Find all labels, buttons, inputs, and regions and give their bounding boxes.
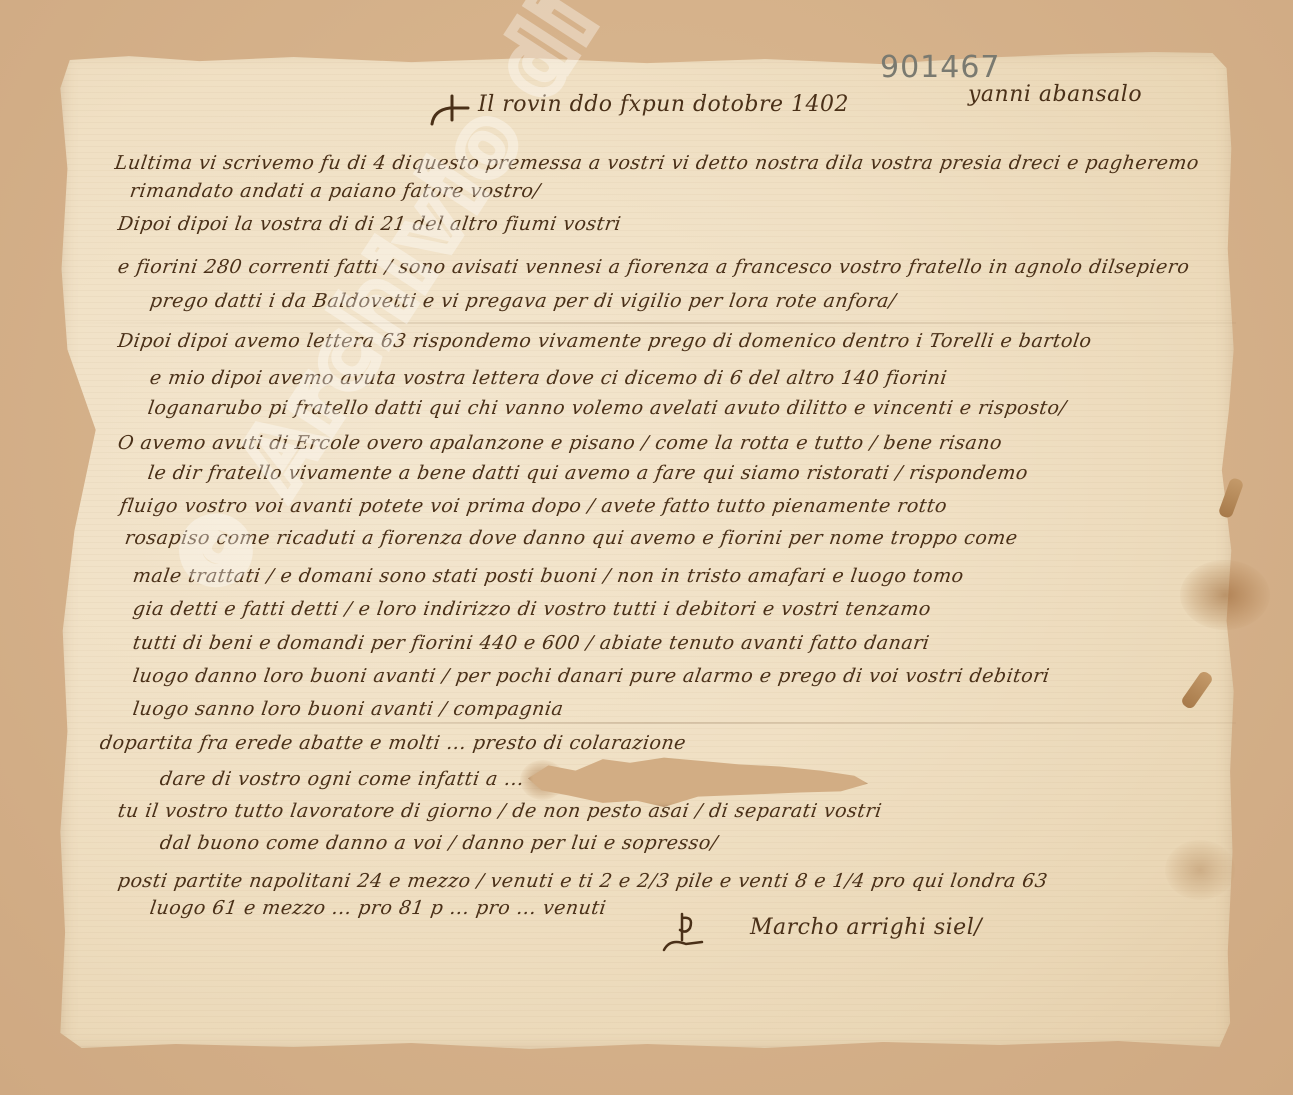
text-line: posti partite napolitani 24 e mezzo / ve… (116, 870, 1049, 892)
text-line: Dipoi dipoi avemo lettera 63 rispondemo … (116, 330, 1093, 352)
text-line: dare di vostro ogni come infatti a ... (158, 768, 525, 790)
text-line: e fiorini 280 correnti fatti / sono avis… (116, 256, 1190, 278)
archive-number: 901467 (880, 50, 1001, 85)
text-line: luogo sanno loro buoni avanti / compagni… (131, 698, 564, 720)
edge-stain (1165, 840, 1235, 900)
address-line: yanni abansalo (968, 82, 1142, 107)
text-line: luogo 61 e mezzo ... pro 81 p ... pro ..… (148, 897, 607, 919)
text-line: dopartita fra erede abatte e molti ... p… (98, 732, 687, 754)
water-stain (1180, 560, 1270, 630)
signature-flourish-icon (660, 910, 710, 955)
text-line: tu il vostro tutto lavoratore di giorno … (116, 800, 883, 822)
text-line: tutti di beni e domandi per fiorini 440 … (131, 632, 931, 654)
fold-crease (58, 722, 1236, 724)
text-line: dal buono come danno a voi / danno per l… (158, 832, 719, 854)
signature-line: Marcho arrighi siel/ (750, 915, 982, 940)
text-line: luogo danno loro buoni avanti / per poch… (131, 665, 1051, 687)
text-line: gia detti e fatti detti / e loro indiriz… (131, 598, 932, 620)
text-line: Lultima vi scrivemo fu di 4 diquesto pre… (113, 152, 1200, 174)
fold-crease (58, 322, 1236, 324)
text-line: prego datti i da Baldovetti e vi pregava… (148, 290, 897, 312)
